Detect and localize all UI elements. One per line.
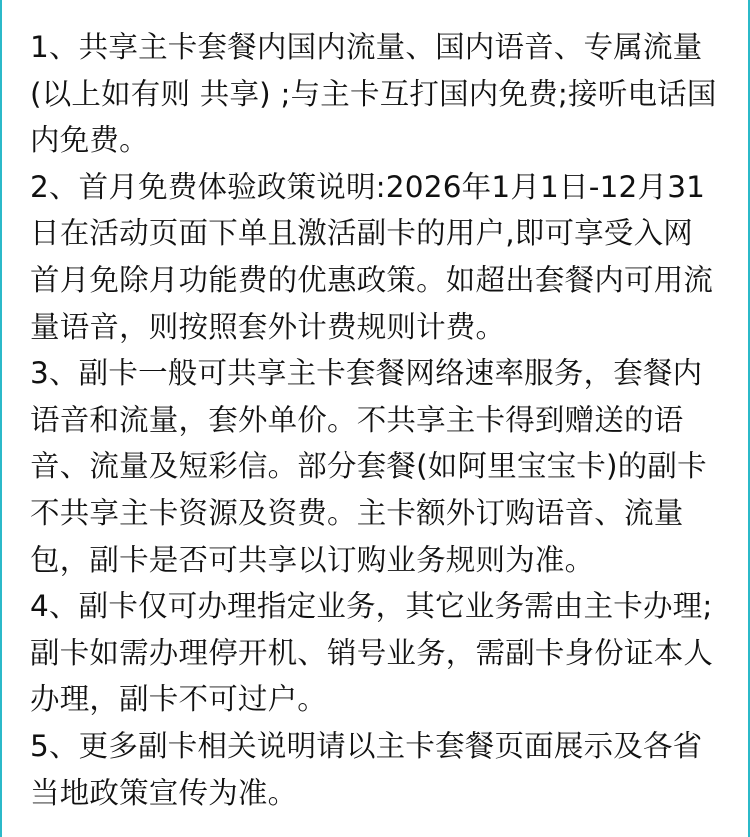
paragraph-2: 2、首月免费体验政策说明:2026年1月1日-12月31 日在活动页面下单且激活…	[30, 164, 730, 350]
text-line: 副卡如需办理停开机、销号业务，需副卡身份证本人	[30, 630, 730, 677]
text-line: 当地政策宣传为准。	[30, 770, 730, 817]
document-frame: 1、共享主卡套餐内国内流量、国内语音、专属流量 (以上如有则 共享) ;与主卡互…	[0, 0, 750, 837]
text-line: 内免费。	[30, 117, 730, 164]
text-line: 日在活动页面下单且激活副卡的用户,即可享受入网	[30, 210, 730, 257]
text-line: 2、首月免费体验政策说明:2026年1月1日-12月31	[30, 164, 730, 211]
terms-text: 1、共享主卡套餐内国内流量、国内语音、专属流量 (以上如有则 共享) ;与主卡互…	[30, 24, 730, 816]
text-line: 不共享主卡资源及资费。主卡额外订购语音、流量	[30, 490, 730, 537]
text-line: 包，副卡是否可共享以订购业务规则为准。	[30, 537, 730, 584]
text-line: 语音和流量，套外单价。不共享主卡得到赠送的语	[30, 397, 730, 444]
paragraph-4: 4、副卡仅可办理指定业务，其它业务需由主卡办理; 副卡如需办理停开机、销号业务，…	[30, 583, 730, 723]
paragraph-5: 5、更多副卡相关说明请以主卡套餐页面展示及各省 当地政策宣传为准。	[30, 723, 730, 816]
text-line: 首月免除月功能费的优惠政策。如超出套餐内可用流	[30, 257, 730, 304]
text-line: (以上如有则 共享) ;与主卡互打国内免费;接听电话国	[30, 71, 730, 118]
text-line: 量语音，则按照套外计费规则计费。	[30, 304, 730, 351]
text-line: 3、副卡一般可共享主卡套餐网络速率服务，套餐内	[30, 350, 730, 397]
text-line: 4、副卡仅可办理指定业务，其它业务需由主卡办理;	[30, 583, 730, 630]
text-line: 办理，副卡不可过户。	[30, 676, 730, 723]
paragraph-1: 1、共享主卡套餐内国内流量、国内语音、专属流量 (以上如有则 共享) ;与主卡互…	[30, 24, 730, 164]
text-line: 1、共享主卡套餐内国内流量、国内语音、专属流量	[30, 24, 730, 71]
text-line: 5、更多副卡相关说明请以主卡套餐页面展示及各省	[30, 723, 730, 770]
text-line: 音、流量及短彩信。部分套餐(如阿里宝宝卡)的副卡	[30, 443, 730, 490]
paragraph-3: 3、副卡一般可共享主卡套餐网络速率服务，套餐内 语音和流量，套外单价。不共享主卡…	[30, 350, 730, 583]
